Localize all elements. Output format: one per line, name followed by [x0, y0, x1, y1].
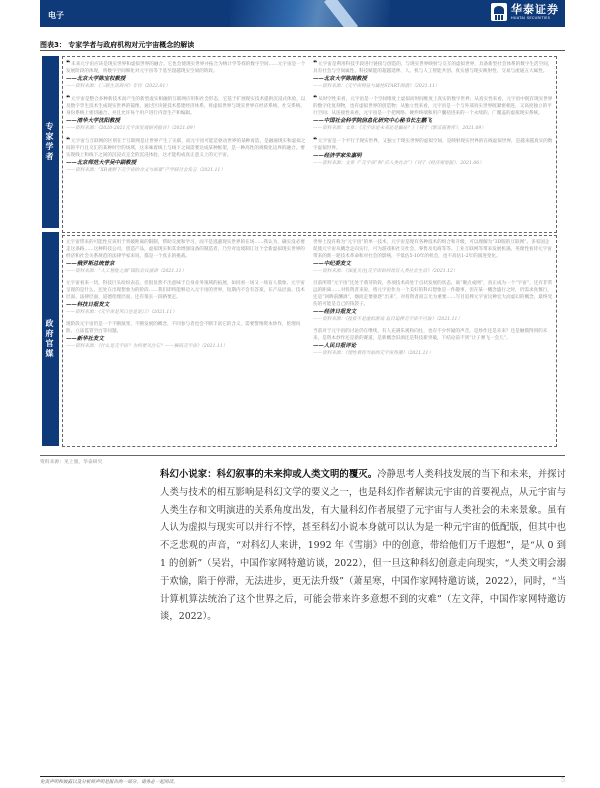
- quote-source: ——资料来源：《元宇宙是风口也是泥口》（2021.11）: [66, 309, 306, 316]
- quote-source: ——资料来源：“人工智能之旅”国际会议演讲（2021.11）: [66, 268, 306, 275]
- quote-mark-icon: ❝: [313, 59, 317, 67]
- paragraph-lead: 科幻小说家：科幻叙事的未来抑或人类文明的覆灭。: [160, 469, 377, 480]
- government-block: 元宇宙带来的可能性应该用于突破距离的限制，帮助交流和学习，而不是逃避现实世界的在…: [62, 235, 557, 447]
- group-label-experts: 专家学者: [42, 56, 59, 228]
- quote-source: ——资料来源：《什么是元宇宙？为何要关注它？——解码元宇宙》（2021.11）: [66, 343, 306, 350]
- quote-item: ❝未来元宇宙应该是现实世界和虚拟世界的融合。它也会使现实世界并拓合为统计学等找的…: [66, 60, 306, 90]
- figure-table: 专家学者 政府官媒 ❝未来元宇宙应该是现实世界和虚拟世界的融合。它也会使现实世界…: [40, 54, 562, 452]
- quote-source: ——资料来源：《元宇宙特征与属性START图谱》（2021.11）: [313, 83, 553, 90]
- quote-author: ——俄罗斯总统普京: [66, 260, 306, 268]
- quote-text: 元宇宙带来的可能性应该用于突破距离的限制，帮助交流和学习，而不是逃避现实世界的在…: [66, 239, 306, 260]
- report-header-bar: 电子 华泰证券 HUATAI SECURITIES: [40, 0, 565, 27]
- quote-author: ——北京师范大学吴中副教授: [66, 159, 306, 167]
- quote-source: ——资料来源：《三联生活周刊》专访（2022.01）: [66, 83, 306, 90]
- quote-text: 目前所谓“元宇宙”还处于萌芽阶段，各项技术尚处于点状发展的状态，离“聚点成网”，…: [313, 280, 553, 308]
- quote-source: ——资料来源：文章《“元宇宙”和“后人类社会”》（刊于《经济观察报》，2021.…: [313, 160, 553, 167]
- quote-author: ——科技日报发文: [66, 301, 306, 309]
- quote-mark-icon: ❝: [313, 94, 317, 102]
- quote-source: ——资料来源：《理性看待当前的元宇宙热潮》（2021.11）: [313, 350, 553, 357]
- figure-bottom-rule: [40, 455, 565, 456]
- quote-text: 现阶段元宇宙仍是一个不断演变、不断发展的概念，不同参与者也会不断丰富它的含义，需…: [66, 321, 306, 335]
- quote-item: ❝元宇宙是一个平行于现实世界，又独立于现实世界的虚拟空间，是映射现实世界的在线虚…: [313, 137, 553, 167]
- quote-author: ——经济学家朱嘉明: [313, 152, 553, 160]
- figure-title: 图表3： 专家学者与政府机构对元宇宙概念的解读: [40, 40, 194, 50]
- quote-text: 世界上没有称为“元宇宙”的单一技术，元宇宙是现有各种技术的组合和升级，可以理解为…: [313, 239, 553, 260]
- government-left-column: 元宇宙带来的可能性应该用于突破距离的限制，帮助交流和学习，而不是逃避现实世界的在…: [66, 239, 306, 355]
- quote-author: ——中纪委发文: [313, 260, 553, 268]
- quote-text: 元宇宙是利用科技手段进行链接与创造的，与现实世界映射与交互的虚拟世界，具备新型社…: [313, 62, 552, 74]
- quote-item: 元宇宙看来一切，科技巨头纷纷表态，但很显然不出意味于自身业务领域的拓展，如同看一…: [66, 280, 306, 316]
- paragraph-text: 冷静思考人类科技发展的当下和未来，并探讨人类与技术的相互影响是科幻文学的要义之一…: [160, 469, 566, 622]
- quote-author: ——经济日报发文: [313, 308, 553, 316]
- quote-source: ——资料来源：《深度关注|元宇宙如何改写人类社会生活》（2021.12）: [313, 268, 553, 275]
- quote-text: 当前对于元宇宙的讨论仍在继续，有人充满乐观和向往，也有不少怀疑的声音，是炒作还是…: [313, 328, 553, 342]
- quote-mark-icon: ❝: [66, 94, 70, 102]
- footer-disclaimer: 免责声明和披露以及分析师声明是报告的一部分，请务必一起阅读。: [40, 779, 178, 785]
- quote-text: 元宇宙是整合多种新技术而产生的新型虚实相融的互联网应用和社会形态，它基于扩展现实…: [66, 97, 305, 116]
- quote-item: ❝元宇宙是利用科技手段进行链接与创造的，与现实世界映射与交互的虚拟世界，具备新型…: [313, 60, 553, 90]
- quote-item: 当前对于元宇宙的讨论仍在继续，有人充满乐观和向往，也有不少怀疑的声音，是炒作还是…: [313, 328, 553, 357]
- quote-text: 未来元宇宙应该是现实世界和虚拟世界的融合。它也会使现实世界并拓合为统计学等找的数…: [66, 62, 305, 74]
- footer-rule: [40, 776, 565, 777]
- page-number: 5: [561, 777, 565, 784]
- section-label: 电子: [48, 10, 64, 21]
- group-label-government: 政府官媒: [42, 232, 59, 446]
- logo-chinese-name: 华泰证券: [511, 4, 559, 16]
- figure-title-rule: [40, 50, 565, 51]
- quote-source: ——资料来源：《2020-2021元宇宙发展研究报告》（2021.09）: [66, 125, 306, 132]
- quote-item: 现阶段元宇宙仍是一个不断演变、不断发展的概念，不同参与者也会不断丰富它的含义，需…: [66, 321, 306, 350]
- quote-author: ——中国社会科学院信息化研究中心秘书长左鹏飞: [313, 117, 553, 125]
- quote-item: ❝从时空性来看，元宇宙是一个空间维度上虚拟而时间维度上真实的数字世界；从真实性来…: [313, 95, 553, 132]
- quote-item: ❝元宇宙与互联网的区别在于互联网是让世界产生了关联，而元宇宙可能是驱动世界的某种…: [66, 137, 306, 174]
- quote-source: ——资料来源：《投资不是虚拟游戏 盲目追捧元宇宙不可取》（2021.11）: [313, 316, 553, 323]
- quote-item: ❝元宇宙是整合多种新技术而产生的新型虚实相融的互联网应用和社会形态，它基于扩展现…: [66, 95, 306, 132]
- figure-source-note: 资料来源：见上图，华泰研究: [40, 458, 102, 465]
- government-right-column: 世界上没有称为“元宇宙”的单一技术，元宇宙是现有各种技术的组合和升级，可以理解为…: [313, 239, 553, 362]
- quote-item: 元宇宙带来的可能性应该用于突破距离的限制，帮助交流和学习，而不是逃避现实世界的在…: [66, 239, 306, 275]
- quote-mark-icon: ❝: [66, 136, 70, 144]
- logo-english-name: HUATAI SECURITIES: [511, 16, 559, 21]
- quote-author: ——北京大学陈宝权教授: [66, 75, 306, 83]
- quote-item: 世界上没有称为“元宇宙”的单一技术，元宇宙是现有各种技术的组合和升级，可以理解为…: [313, 239, 553, 275]
- experts-right-column: ❝元宇宙是利用科技手段进行链接与创造的，与现实世界映射与交互的虚拟世界，具备新型…: [313, 60, 553, 172]
- quote-author: ——新华社发文: [66, 335, 306, 343]
- quote-text: 元宇宙与互联网的区别在于互联网是让世界产生了关联，而元宇宙可能是驱动世界的某种再…: [66, 139, 305, 158]
- quote-text: 从时空性来看，元宇宙是一个空间维度上虚拟而时间维度上真实的数字世界；从真实性来看…: [313, 97, 552, 116]
- quote-mark-icon: ❝: [313, 136, 317, 144]
- quote-mark-icon: ❝: [66, 59, 70, 67]
- quote-source: ——资料来源：文章：《元宇宙是未来还是骗局？》（刊于《新京报智库》，2021.0…: [313, 125, 553, 132]
- experts-left-column: ❝未来元宇宙应该是现实世界和虚拟世界的融合。它也会使现实世界并拓合为统计学等找的…: [66, 60, 306, 179]
- quote-text: 元宇宙是一个平行于现实世界，又独立于现实世界的虚拟空间，是映射现实世界的在线虚拟…: [313, 139, 552, 151]
- huatai-logo: 华泰证券 HUATAI SECURITIES: [491, 3, 559, 21]
- quote-source: ——资料来源：“XR视野下元宇宙的含义与场景”产学研讨会发言（2021.11）: [66, 167, 306, 174]
- quote-author: ——北京大学陈刚教授: [313, 75, 553, 83]
- body-paragraph: 科幻小说家：科幻叙事的未来抑或人类文明的覆灭。冷静思考人类科技发展的当下和未来，…: [160, 466, 566, 626]
- header-decoration: [230, 0, 390, 27]
- quote-item: 目前所谓“元宇宙”还处于萌芽阶段，各项技术尚处于点状发展的状态，离“聚点成网”，…: [313, 280, 553, 323]
- huatai-logo-icon: [491, 3, 507, 21]
- quote-author: ——清华大学沈阳教授: [66, 117, 306, 125]
- quote-author: ——人民日报评论: [313, 342, 553, 350]
- quote-text: 元宇宙看来一切，科技巨头纷纷表态，但很显然不出意味于自身业务领域的拓展，如同看一…: [66, 280, 306, 301]
- experts-block: ❝未来元宇宙应该是现实世界和虚拟世界的融合。它也会使现实世界并拓合为统计学等找的…: [62, 56, 557, 233]
